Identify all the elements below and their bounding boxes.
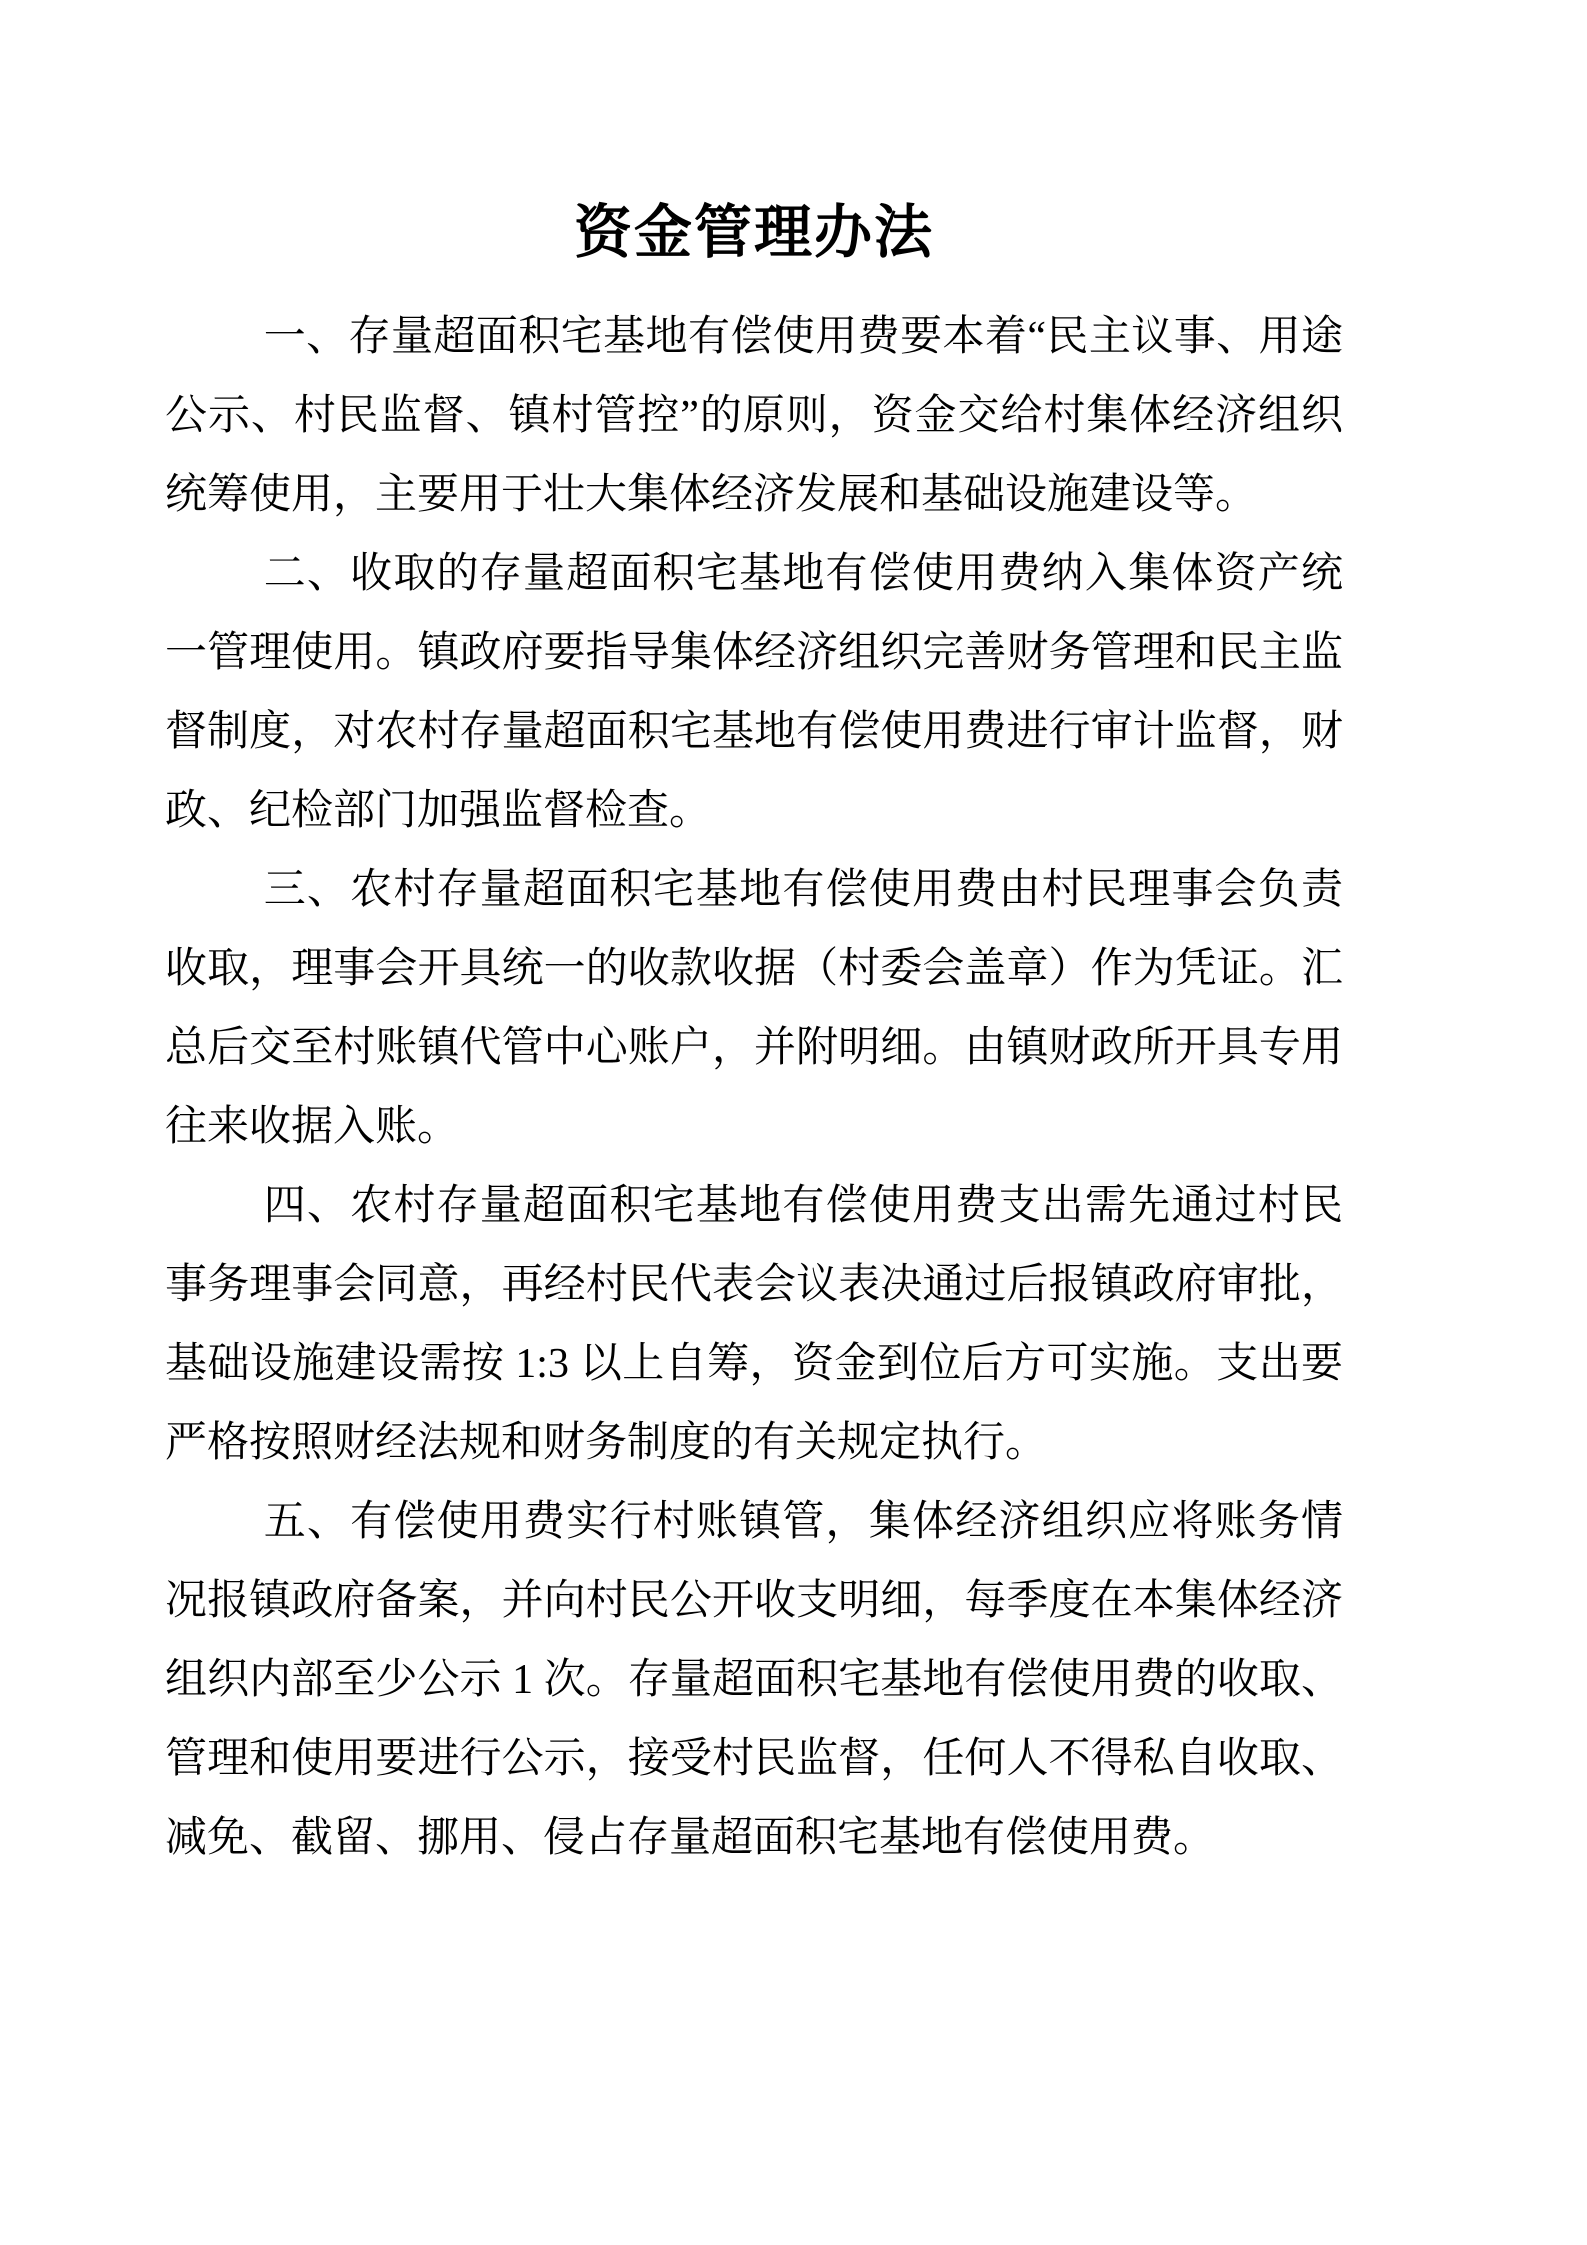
paragraph: 二、收取的存量超面积宅基地有偿使用费纳入集体资产统一管理使用。镇政府要指导集体经…	[165, 535, 1343, 851]
paragraph: 三、农村存量超面积宅基地有偿使用费由村民理事会负责收取，理事会开具统一的收款收据…	[165, 851, 1343, 1167]
document-page: 资金管理办法 一、存量超面积宅基地有偿使用费要本着“民主议事、用途公示、村民监督…	[0, 0, 1587, 2245]
document-content: 资金管理办法 一、存量超面积宅基地有偿使用费要本着“民主议事、用途公示、村民监督…	[165, 190, 1343, 1878]
paragraph: 四、农村存量超面积宅基地有偿使用费支出需先通过村民事务理事会同意，再经村民代表会…	[165, 1167, 1343, 1483]
paragraph: 一、存量超面积宅基地有偿使用费要本着“民主议事、用途公示、村民监督、镇村管控”的…	[165, 298, 1343, 535]
document-body: 一、存量超面积宅基地有偿使用费要本着“民主议事、用途公示、村民监督、镇村管控”的…	[165, 298, 1343, 1878]
paragraph: 五、有偿使用费实行村账镇管，集体经济组织应将账务情况报镇政府备案，并向村民公开收…	[165, 1483, 1343, 1878]
document-title: 资金管理办法	[165, 190, 1343, 276]
